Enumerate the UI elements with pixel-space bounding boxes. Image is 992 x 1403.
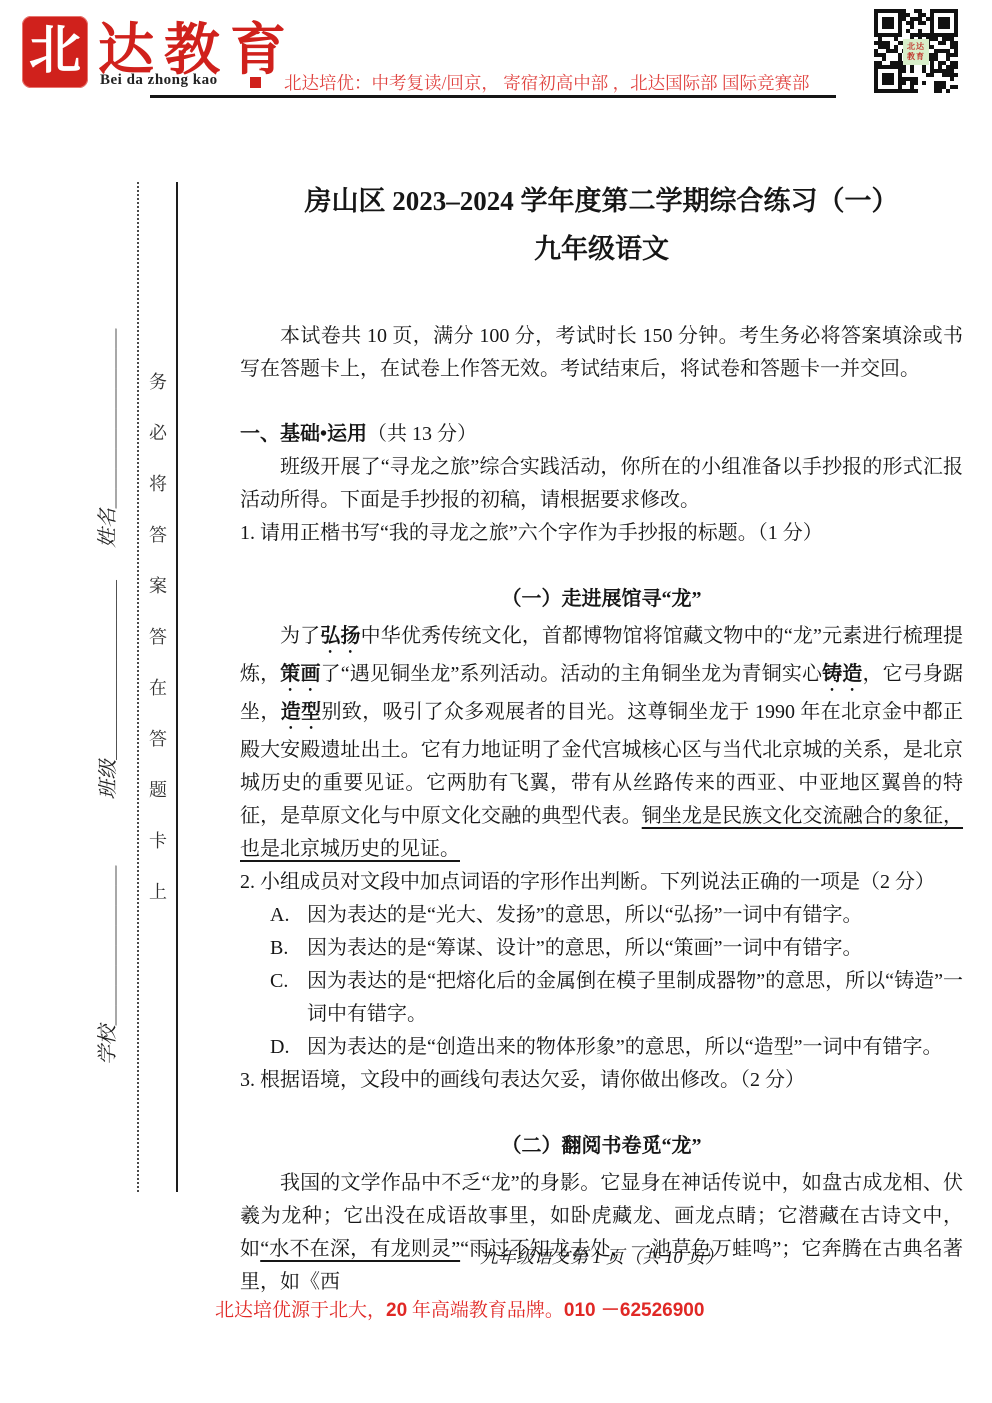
option-label: D. <box>240 1031 307 1064</box>
class-field-label: 班级 <box>98 760 120 800</box>
page-number-info: 九年级语文第 1 页（共 10 页） <box>240 1243 963 1269</box>
header-rule <box>150 95 836 98</box>
class-field-blank: ＿＿＿＿＿＿＿＿＿ <box>98 580 120 760</box>
name-field-label: 姓名 <box>97 508 119 548</box>
passage-1: 为了弘扬中华优秀传统文化，首都博物馆将馆藏文物中的“龙”元素进行梳理提炼，策画了… <box>240 620 963 866</box>
option-label: B. <box>240 932 307 965</box>
option-row-d: D. 因为表达的是“创造出来的物体形象”的意思，所以“造型”一词中有错字。 <box>240 1031 963 1064</box>
option-text: 因为表达的是“光大、发扬”的意思，所以“弘扬”一词中有错字。 <box>307 899 963 932</box>
qr-code: 北达教育 <box>874 8 958 94</box>
part-2-heading: （二）翻阅书卷觅“龙” <box>240 1130 963 1163</box>
option-row-b: B. 因为表达的是“筹谋、设计”的意思，所以“策画”一词中有错字。 <box>240 932 963 965</box>
question-2-options: A. 因为表达的是“光大、发扬”的意思，所以“弘扬”一词中有错字。 B. 因为表… <box>240 899 963 1064</box>
qr-center-label: 北达教育 <box>903 39 929 65</box>
school-field-blank: ＿＿＿＿＿＿＿＿ <box>97 865 119 1025</box>
caption-square-icon <box>250 77 261 88</box>
name-field-blank: ＿＿＿＿＿＿＿＿＿ <box>97 328 119 508</box>
exam-subject-title: 九年级语文 <box>240 232 963 266</box>
section-1-heading-score: （共 13 分） <box>367 423 477 445</box>
exam-content: 房山区 2023–2024 学年度第二学期综合练习（一） 九年级语文 本试卷共 … <box>240 182 963 1299</box>
seal-character: 北 <box>29 26 81 78</box>
option-label: A. <box>240 899 307 932</box>
activity-intro-paragraph: 班级开展了“寻龙之旅”综合实践活动，你所在的小组准备以手抄报的形式汇报活动所得。… <box>240 451 963 517</box>
answer-sheet-notice-vertical: 务必将答案答在答题卡上 <box>144 372 170 933</box>
option-row-a: A. 因为表达的是“光大、发扬”的意思，所以“弘扬”一词中有错字。 <box>240 899 963 932</box>
option-text: 因为表达的是“把熔化后的金属倒在模子里制成器物”的意思，所以“铸造”一词中有错字… <box>307 965 963 1031</box>
section-1-heading-bold: 一、基础•运用 <box>240 423 367 445</box>
margin-solid-rule <box>176 182 178 1192</box>
school-field-label: 学校 <box>97 1025 119 1065</box>
exam-paper-page: 北 达教育 Bei da zhong kao 北达培优：中考复读/回京， 寄宿初… <box>0 0 992 1403</box>
passage-2: 我国的文学作品中不乏“龙”的身影。它显身在神话传说中，如盘古成龙相、伏羲为龙种；… <box>240 1167 963 1299</box>
option-label: C. <box>240 965 307 1031</box>
brand-logo-caption: Bei da zhong kao <box>100 72 218 89</box>
question-1: 1. 请用正楷书写“我的寻龙之旅”六个字作为手抄报的标题。（1 分） <box>240 517 963 550</box>
exam-instructions: 本试卷共 10 页，满分 100 分，考试时长 150 分钟。考生务必将答案填涂… <box>240 320 963 386</box>
name-field: 姓名＿＿＿＿＿＿＿＿＿ <box>95 310 121 548</box>
footer-promo: 北达培优源于北大，20 年高端教育品牌。010 －62526900 <box>215 1295 704 1322</box>
header-slogan: 北达培优：中考复读/回京， 寄宿初高中部 ，北达国际部 国际竞赛部 <box>284 70 810 95</box>
brand-seal-logo: 北 <box>22 16 88 88</box>
question-2: 2. 小组成员对文段中加点词语的字形作出判断。下列说法正确的一项是（2 分） <box>240 866 963 899</box>
option-text: 因为表达的是“筹谋、设计”的意思，所以“策画”一词中有错字。 <box>307 932 963 965</box>
option-row-c: C. 因为表达的是“把熔化后的金属倒在模子里制成器物”的意思，所以“铸造”一词中… <box>240 965 963 1031</box>
part-1-heading: （一）走进展馆寻“龙” <box>240 583 963 616</box>
exam-title: 房山区 2023–2024 学年度第二学期综合练习（一） <box>240 184 963 218</box>
margin-dotted-rule <box>137 182 139 1192</box>
question-3: 3. 根据语境，文段中的画线句表达欠妥，请你做出修改。（2 分） <box>240 1064 963 1097</box>
option-text: 因为表达的是“创造出来的物体形象”的意思，所以“造型”一词中有错字。 <box>307 1031 963 1064</box>
section-1-heading: 一、基础•运用（共 13 分） <box>240 418 963 451</box>
class-field: 班级＿＿＿＿＿＿＿＿＿ <box>96 557 122 800</box>
school-field: 学校＿＿＿＿＿＿＿＿ <box>95 845 121 1065</box>
